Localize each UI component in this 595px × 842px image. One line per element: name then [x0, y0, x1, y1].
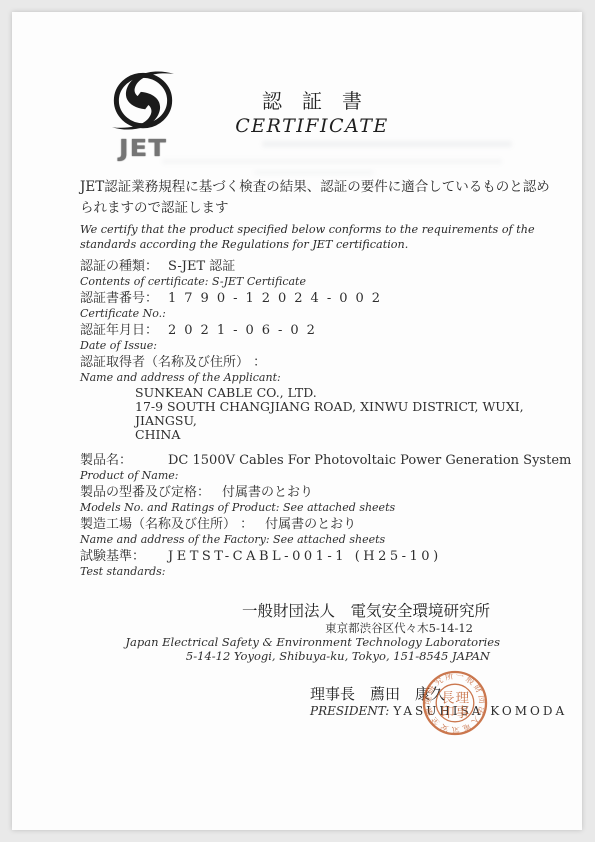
- issuer-org-english: Japan Electrical Safety & Environment Te…: [125, 635, 500, 649]
- title-japanese: 認 証 書: [192, 88, 432, 114]
- jet-logo: JET: [105, 66, 181, 159]
- field-label-en: Test standards:: [80, 565, 166, 578]
- field-label-jp: 製品名：: [80, 453, 132, 468]
- document-title: 認 証 書 CERTIFICATE: [192, 88, 432, 138]
- scanned-certificate-document: { "page": { "header": { "logo_text": "JE…: [0, 0, 595, 842]
- field-certificate-type: 認証の種類：S-JET 認証 Contents of certificate: …: [80, 259, 566, 288]
- field-value-en: See attached sheets: [283, 501, 395, 514]
- scan-artifact: [254, 170, 374, 175]
- statement-japanese: JET認証業務規程に基づく検査の結果、認証の要件に適合しているものと認められます…: [80, 177, 558, 219]
- field-label-jp: 認証取得者（名称及び住所） ：: [80, 355, 266, 370]
- applicant-address-block: SUNKEAN CABLE CO., LTD. 17-9 SOUTH CHANG…: [135, 386, 566, 441]
- field-issue-date: 認証年月日：2021-06-02 Date of Issue:: [80, 323, 566, 352]
- applicant-street: 17-9 SOUTH CHANGJIANG ROAD, XINWU DISTRI…: [135, 400, 566, 427]
- jet-logo-icon: [107, 66, 179, 138]
- issue-date: 2021-06-02: [168, 323, 323, 339]
- field-label-jp: 製品の型番及び定格：: [80, 485, 210, 500]
- certification-statement: JET認証業務規程に基づく検査の結果、認証の要件に適合しているものと認められます…: [80, 177, 558, 252]
- field-label-jp: 認証の種類：: [80, 259, 158, 274]
- applicant-name: SUNKEAN CABLE CO., LTD.: [135, 386, 566, 400]
- field-applicant: 認証取得者（名称及び住所） ： Name and address of the …: [80, 355, 566, 441]
- field-label-jp: 認証書番号：: [80, 291, 158, 306]
- field-label-jp: 認証年月日：: [80, 323, 158, 338]
- issuer-org-japanese: 一般財団法人 電気安全環境研究所: [125, 601, 490, 621]
- field-label-jp: 製造工場（名称及び住所） ：: [80, 517, 253, 532]
- field-models-ratings: 製品の型番及び定格：付属書のとおり Models No. and Ratings…: [80, 485, 566, 514]
- certificate-fields: 認証の種類：S-JET 認証 Contents of certificate: …: [80, 259, 566, 581]
- field-value-en: See attached sheets: [273, 533, 385, 546]
- scan-artifact: [262, 141, 512, 147]
- field-test-standards: 試験基準：JETST-CABL-001-1 (H25-10) Test stan…: [80, 549, 566, 578]
- certificate-number: 1790-12024-002: [168, 291, 388, 307]
- field-label-en: Certificate No.:: [80, 307, 166, 320]
- issuer-address-japanese: 東京都渋谷区代々木5-14-12: [125, 621, 473, 635]
- field-label-en: Product of Name:: [80, 469, 179, 482]
- applicant-country: CHINA: [135, 428, 566, 442]
- test-standard: JETST-CABL-001-1 (H25-10): [168, 549, 442, 565]
- field-label-en: Models No. and Ratings of Product:: [80, 501, 280, 514]
- field-value: 付属書のとおり: [265, 517, 356, 532]
- field-label-en: Name and address of the Applicant:: [80, 371, 281, 384]
- field-certificate-number: 認証書番号：1790-12024-002 Certificate No.:: [80, 291, 566, 320]
- seal-char-top-left: 長: [441, 690, 455, 706]
- field-label-en: Contents of certificate:: [80, 275, 208, 288]
- statement-english: We certify that the product specified be…: [80, 222, 558, 252]
- field-label-en: Name and address of the Factory:: [80, 533, 270, 546]
- issuer-address-english: 5-14-12 Yoyogi, Shibuya-ku, Tokyo, 151-8…: [125, 649, 490, 663]
- product-name: DC 1500V Cables For Photovoltaic Power G…: [168, 453, 571, 469]
- jet-logo-wordmark: JET: [100, 139, 185, 159]
- field-label-en: Date of Issue:: [80, 339, 157, 352]
- title-english: CERTIFICATE: [192, 114, 432, 138]
- certificate-page: JET 認 証 書 CERTIFICATE JET認証業務規程に基づく検査の結果…: [12, 12, 582, 830]
- field-factory: 製造工場（名称及び住所） ：付属書のとおり Name and address o…: [80, 517, 566, 546]
- field-product-name: 製品名：DC 1500V Cables For Photovoltaic Pow…: [80, 453, 566, 482]
- issuer-block: 一般財団法人 電気安全環境研究所 東京都渋谷区代々木5-14-12 Japan …: [125, 601, 500, 663]
- field-value: S-JET 認証: [168, 259, 235, 275]
- field-label-jp: 試験基準：: [80, 549, 145, 564]
- president-seal-stamp: 一般財団法人電気安全環境研究所 理 事 長 印: [422, 670, 488, 736]
- field-value-en: S-JET Certificate: [212, 275, 306, 288]
- seal-char-top-right: 理: [455, 690, 469, 706]
- seal-char-bottom-right: 事: [455, 704, 469, 721]
- field-value: 付属書のとおり: [222, 485, 313, 500]
- president-title-english: PRESIDENT:: [310, 704, 389, 718]
- scan-artifact: [162, 159, 502, 164]
- seal-char-bottom-left: 印: [441, 705, 455, 721]
